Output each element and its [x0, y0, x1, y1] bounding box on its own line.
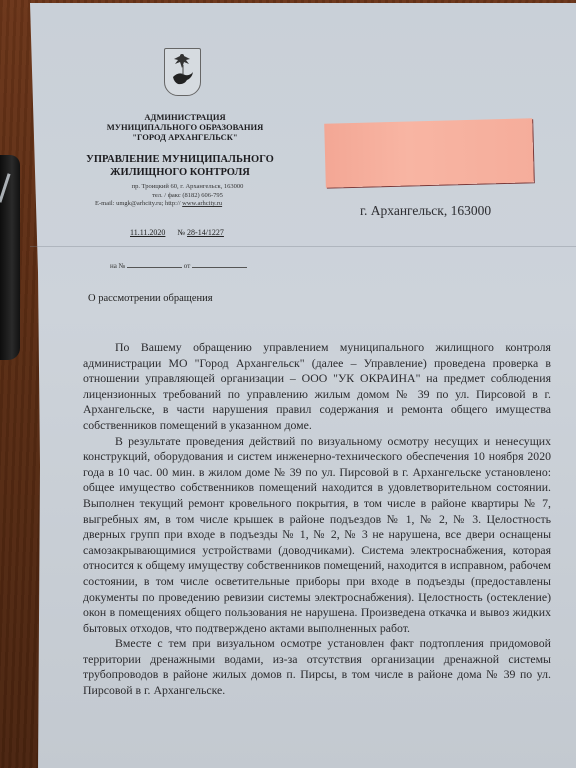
ref-number-blank: [127, 260, 182, 268]
body-paragraph-1: По Вашему обращению управлением муниципа…: [83, 340, 551, 434]
address-text: пр. Троицкий 60, г. Архангельск, 163000: [95, 183, 280, 192]
recipient-city-line: г. Архангельск, 163000: [360, 203, 491, 219]
ref-number-label: на №: [110, 262, 125, 270]
body-paragraph-2: В результате проведения действий по визу…: [83, 434, 551, 637]
registration-line: 11.11.2020 № 28-14/1227: [130, 228, 224, 237]
admin-line-3: "ГОРОД АРХАНГЕЛЬСК": [100, 132, 270, 142]
paper-fold-line: [30, 246, 576, 247]
dept-line-2: ЖИЛИЩНОГО КОНТРОЛЯ: [80, 166, 280, 179]
contact-block: пр. Троицкий 60, г. Архангельск, 163000 …: [95, 183, 280, 209]
redaction-sticky-note: [324, 118, 534, 187]
body-paragraph-3: Вместе с тем при визуальном осмотре уста…: [83, 636, 551, 698]
binder-clip: [0, 155, 20, 360]
department-header: УПРАВЛЕНИЕ МУНИЦИПАЛЬНОГО ЖИЛИЩНОГО КОНТ…: [80, 153, 280, 179]
website-link[interactable]: www.arhcity.ru: [182, 200, 222, 207]
ref-date-label: от: [184, 262, 190, 270]
email-text: E-mail: umgk@arhcity.ru; http://: [95, 200, 181, 207]
administration-header: АДМИНИСТРАЦИЯ МУНИЦИПАЛЬНОГО ОБРАЗОВАНИЯ…: [100, 112, 270, 142]
ref-date-blank: [192, 260, 247, 268]
admin-line-2: МУНИЦИПАЛЬНОГО ОБРАЗОВАНИЯ: [100, 122, 270, 132]
letter-subject: О рассмотрении обращения: [88, 293, 213, 304]
admin-line-1: АДМИНИСТРАЦИЯ: [100, 112, 270, 122]
number-label: №: [177, 228, 185, 237]
letter-date: 11.11.2020: [130, 228, 165, 237]
email-line: E-mail: umgk@arhcity.ru; http:// www.arh…: [95, 200, 280, 209]
reference-line: на № от: [110, 260, 247, 270]
coat-of-arms-icon: [164, 48, 201, 96]
dept-line-1: УПРАВЛЕНИЕ МУНИЦИПАЛЬНОГО: [80, 153, 280, 166]
phone-text: тел. / факс (8182) 606-795: [95, 192, 280, 201]
letter-number: 28-14/1227: [187, 228, 224, 237]
letter-body: По Вашему обращению управлением муниципа…: [83, 340, 551, 699]
